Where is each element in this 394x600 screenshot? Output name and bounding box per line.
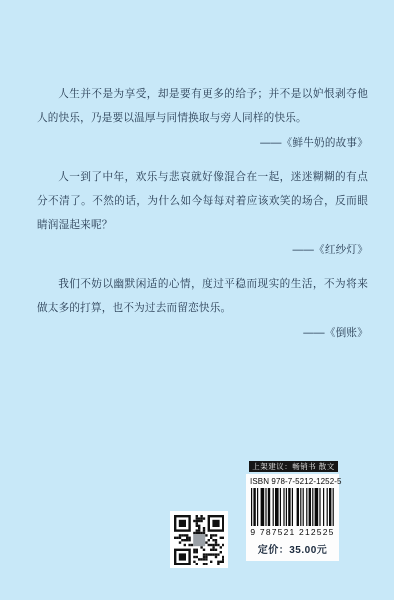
quote-text: 我们不妨以幽默闲适的心情，度过平稳而现实的生活，不为将来做太多的打算，也不为过去…	[37, 272, 368, 320]
quote-source: ——《红纱灯》	[37, 238, 368, 262]
quote-3: 我们不妨以幽默闲适的心情，度过平稳而现实的生活，不为将来做太多的打算，也不为过去…	[37, 272, 368, 345]
barcode-number: 9 787521 212525	[250, 527, 335, 537]
shelf-suggestion-bar: 上架建议：畅销书 散文	[249, 461, 338, 472]
quotes-block: 人生并不是为享受，却是要有更多的给予；并不是以妒恨剥夺他人的快乐，乃是要以温厚与…	[37, 82, 368, 355]
quote-source: ——《倒账》	[37, 321, 368, 345]
qr-code-pattern	[174, 515, 224, 565]
qr-code-icon	[170, 511, 228, 568]
barcode-icon	[251, 488, 335, 526]
quote-text: 人一到了中年，欢乐与悲哀就好像混合在一起，迷迷糊糊的有点分不清了。不然的话，为什…	[37, 165, 368, 237]
barcode-panel: ISBN 978-7-5212-1252-5 9 787521 212525 定…	[246, 474, 339, 561]
quote-1: 人生并不是为享受，却是要有更多的给予；并不是以妒恨剥夺他人的快乐，乃是要以温厚与…	[37, 82, 368, 155]
book-back-cover: 人生并不是为享受，却是要有更多的给予；并不是以妒恨剥夺他人的快乐，乃是要以温厚与…	[0, 0, 394, 600]
quote-source: ——《鲜牛奶的故事》	[37, 131, 368, 155]
price-label: 定价：35.00元	[250, 541, 335, 556]
quote-text: 人生并不是为享受，却是要有更多的给予；并不是以妒恨剥夺他人的快乐，乃是要以温厚与…	[37, 82, 368, 130]
isbn-label: ISBN 978-7-5212-1252-5	[250, 477, 335, 486]
quote-2: 人一到了中年，欢乐与悲哀就好像混合在一起，迷迷糊糊的有点分不清了。不然的话，为什…	[37, 165, 368, 262]
